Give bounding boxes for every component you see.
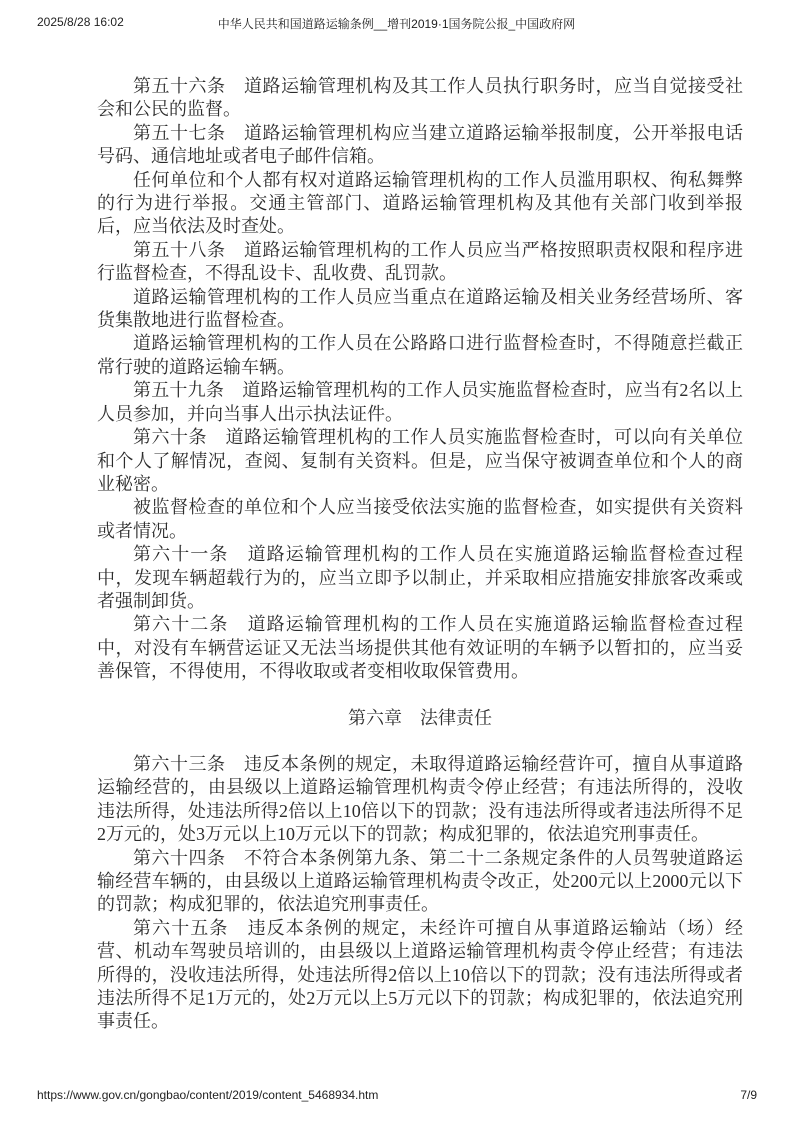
paragraph-article-56: 第五十六条 道路运输管理机构及其工作人员执行职务时，应当自觉接受社会和公民的监督… [97,75,743,122]
paragraph-article-57-cont: 任何单位和个人都有权对道路运输管理机构的工作人员滥用职权、徇私舞弊的行为进行举报… [97,169,743,239]
print-title: 中华人民共和国道路运输条例__增刊2019·1国务院公报_中国政府网 [37,15,756,32]
print-footer: https://www.gov.cn/gongbao/content/2019/… [37,1088,757,1102]
paragraph-article-58-cont-2: 道路运输管理机构的工作人员在公路路口进行监督检查时，不得随意拦截正常行驶的道路运… [97,332,743,379]
paragraph-article-64: 第六十四条 不符合本条例第九条、第二十二条规定条件的人员驾驶道路运输经营车辆的，… [97,847,743,917]
paragraph-article-59: 第五十九条 道路运输管理机构的工作人员实施监督检查时，应当有2名以上人员参加，并… [97,379,743,426]
document-page: 2025/8/28 16:02 中华人民共和国道路运输条例__增刊2019·1国… [0,0,793,1122]
chapter-heading: 第六章 法律责任 [97,707,743,730]
print-header: 2025/8/28 16:02 中华人民共和国道路运输条例__增刊2019·1国… [37,15,756,31]
footer-url: https://www.gov.cn/gongbao/content/2019/… [37,1088,378,1102]
paragraph-article-57: 第五十七条 道路运输管理机构应当建立道路运输举报制度，公开举报电话号码、通信地址… [97,122,743,169]
paragraph-article-61: 第六十一条 道路运输管理机构的工作人员在实施道路运输监督检查过程中，发现车辆超载… [97,543,743,613]
document-body: 第五十六条 道路运输管理机构及其工作人员执行职务时，应当自觉接受社会和公民的监督… [97,75,743,1034]
footer-page-number: 7/9 [740,1088,757,1102]
paragraph-article-58-cont-1: 道路运输管理机构的工作人员应当重点在道路运输及相关业务经营场所、客货集散地进行监… [97,286,743,333]
paragraph-article-60: 第六十条 道路运输管理机构的工作人员实施监督检查时，可以向有关单位和个人了解情况… [97,426,743,496]
paragraph-article-58: 第五十八条 道路运输管理机构的工作人员应当严格按照职责权限和程序进行监督检查，不… [97,239,743,286]
paragraph-article-63: 第六十三条 违反本条例的规定，未取得道路运输经营许可，擅自从事道路运输经营的，由… [97,753,743,847]
paragraph-article-62: 第六十二条 道路运输管理机构的工作人员在实施道路运输监督检查过程中，对没有车辆营… [97,613,743,683]
paragraph-article-65: 第六十五条 违反本条例的规定，未经许可擅自从事道路运输站（场）经营、机动车驾驶员… [97,917,743,1034]
paragraph-article-60-cont: 被监督检查的单位和个人应当接受依法实施的监督检查，如实提供有关资料或者情况。 [97,496,743,543]
